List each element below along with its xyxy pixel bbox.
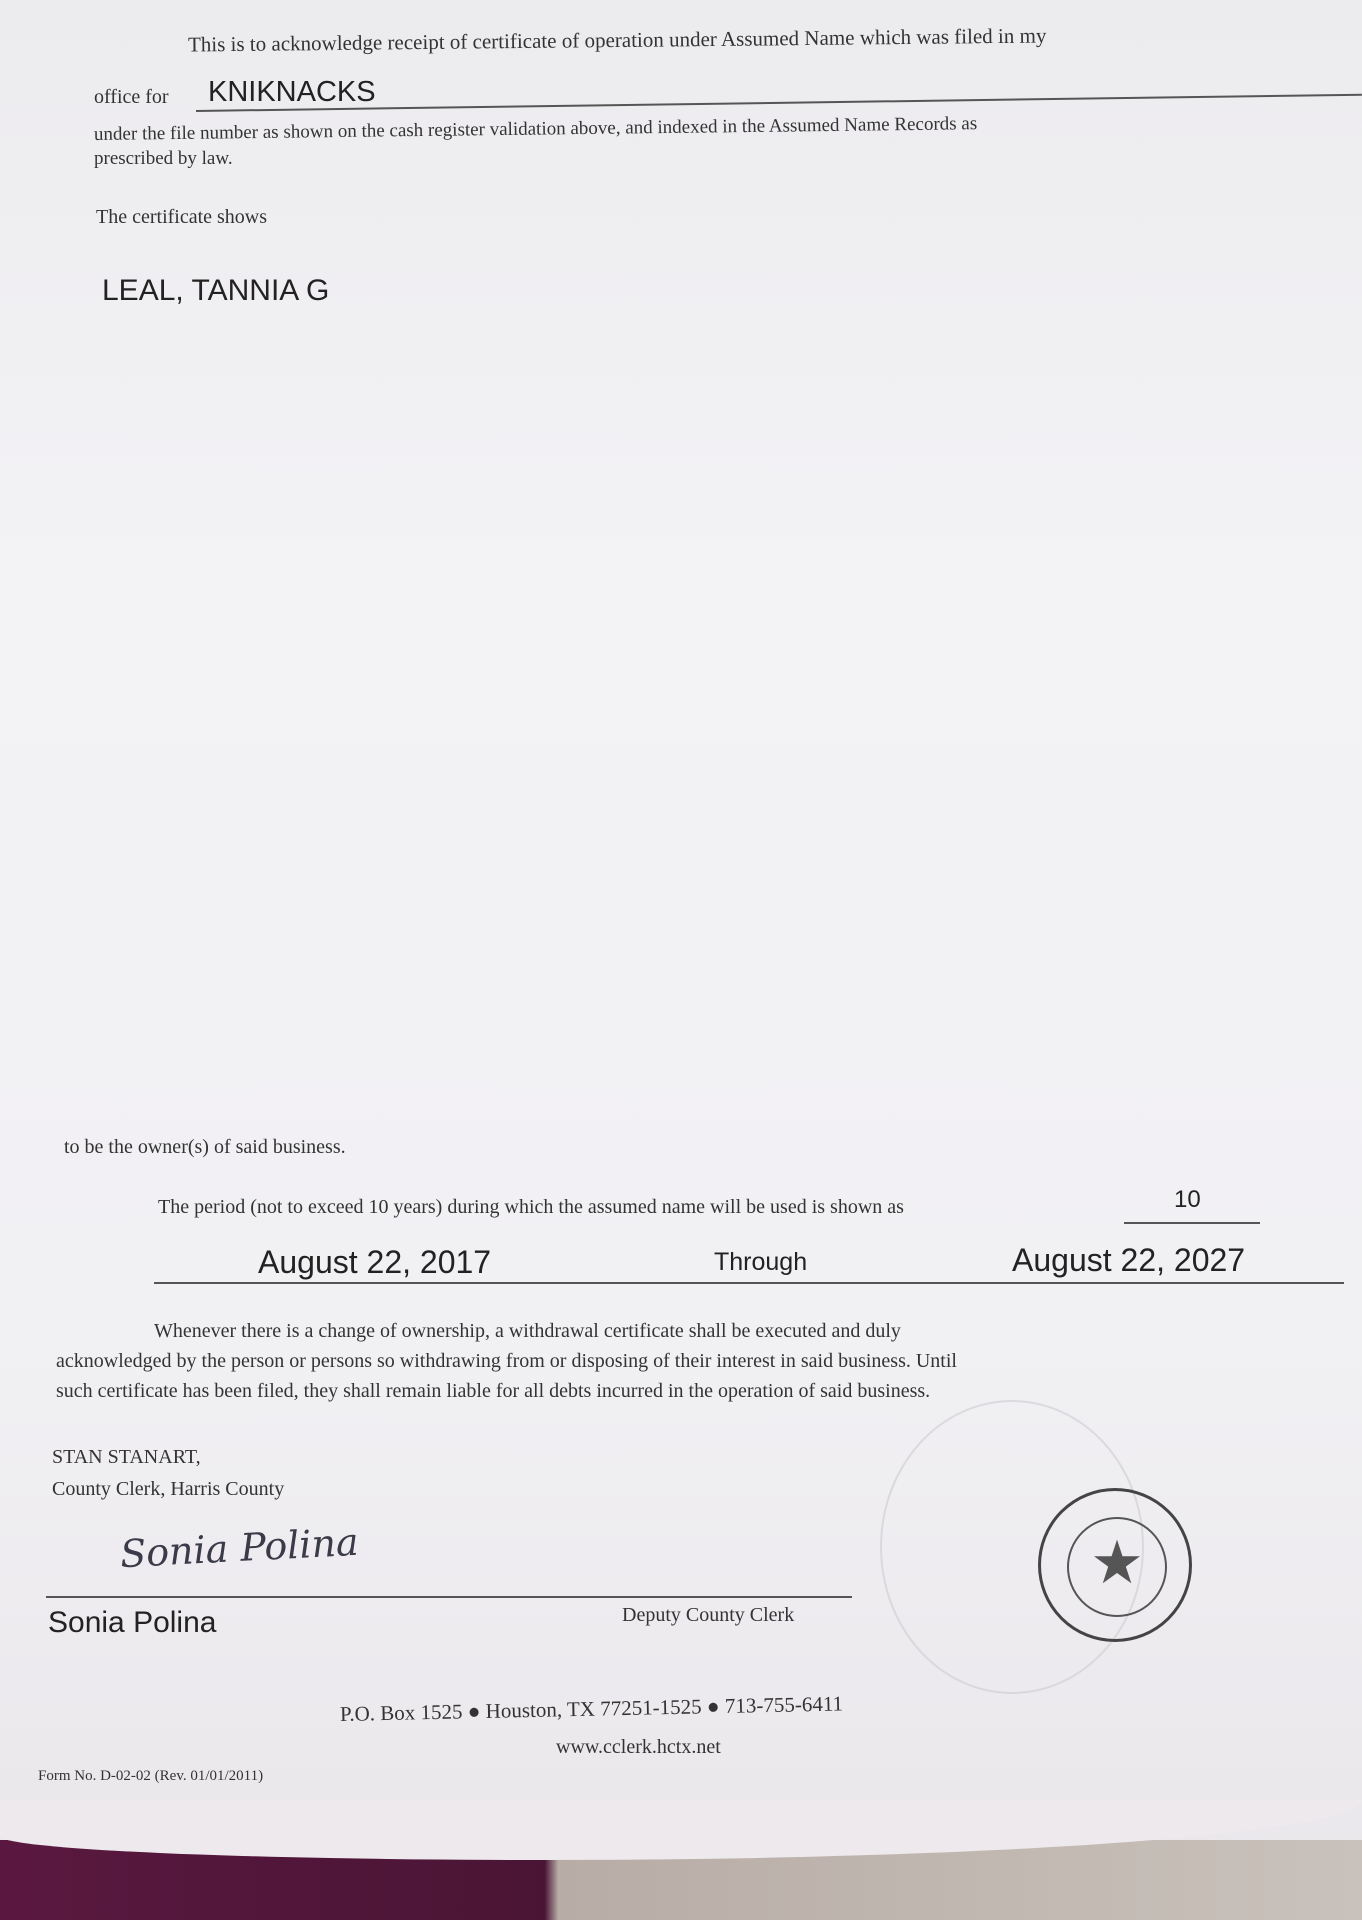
start-date: August 22, 2017 (258, 1244, 491, 1281)
signature-line (46, 1596, 852, 1598)
county-court-seal: ★ (1038, 1488, 1192, 1642)
withdrawal-para-line-3: such certificate has been filed, they sh… (56, 1380, 930, 1403)
certificate-shows-label: The certificate shows (96, 206, 267, 229)
website: www.cclerk.hctx.net (556, 1736, 721, 1759)
through-label: Through (714, 1248, 807, 1277)
withdrawal-para-line-1: Whenever there is a change of ownership,… (154, 1320, 901, 1343)
office-for-label: office for (94, 86, 169, 109)
star-icon: ★ (1069, 1533, 1165, 1593)
period-years-underline (1124, 1222, 1260, 1224)
clerk-title: County Clerk, Harris County (52, 1478, 284, 1501)
end-date: August 22, 2027 (1012, 1242, 1245, 1279)
date-range-underline (154, 1282, 1344, 1284)
owners-line: to be the owner(s) of said business. (64, 1136, 346, 1159)
form-number: Form No. D-02-02 (Rev. 01/01/2011) (38, 1768, 263, 1785)
period-years: 10 (1174, 1186, 1201, 1214)
address-line: P.O. Box 1525 ● Houston, TX 77251-1525 ●… (340, 1691, 844, 1727)
file-line: under the file number as shown on the ca… (94, 113, 977, 146)
period-line: The period (not to exceed 10 years) duri… (158, 1196, 904, 1219)
deputy-name: Sonia Polina (48, 1606, 216, 1640)
business-name: KNIKNACKS (208, 76, 376, 109)
deputy-title: Deputy County Clerk (622, 1604, 794, 1627)
withdrawal-para-line-2: acknowledged by the person or persons so… (56, 1350, 957, 1373)
signature: Sonia Polina (119, 1520, 360, 1576)
owner-name: LEAL, TANNIA G (102, 274, 329, 308)
prescribed-line: prescribed by law. (94, 148, 233, 170)
clerk-name: STAN STANART, (52, 1446, 201, 1469)
intro-line: This is to acknowledge receipt of certif… (188, 24, 1047, 58)
